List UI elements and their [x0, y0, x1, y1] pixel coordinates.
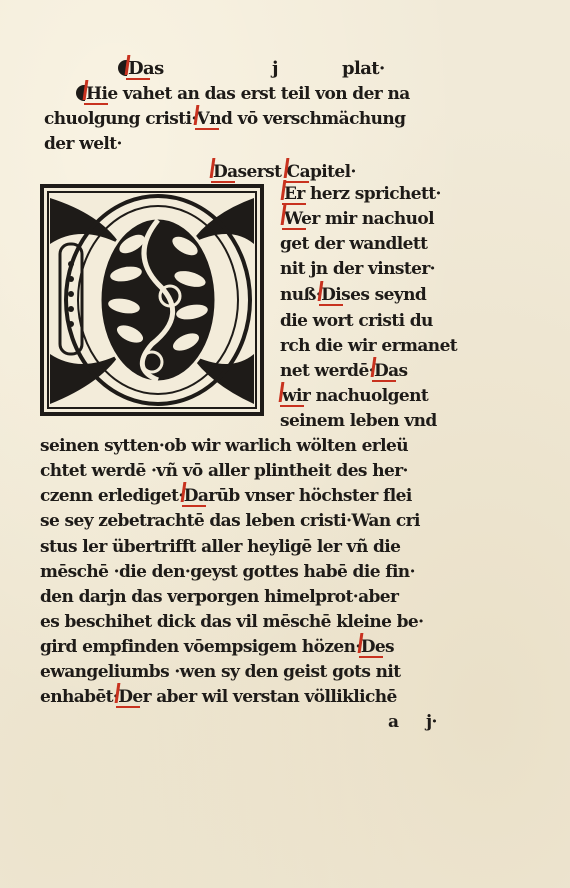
body-line-10: seinem leben vnd: [280, 409, 437, 433]
intro-line-1: Hie vahet an das erst teil von der na: [76, 82, 410, 106]
running-head-folio: j: [272, 57, 278, 81]
rubricated-text: Wer: [284, 207, 320, 231]
body-line-1: Er herz sprichett·: [284, 182, 441, 206]
rubricated-text: Darūb: [184, 484, 240, 508]
body-line-18: es beschihet dick das vil mēschē kleine …: [40, 610, 423, 634]
body-line-6: die wort cristi du: [280, 309, 433, 333]
body-line-2: Wer mir nachuol: [284, 207, 434, 231]
running-head-right: plat·: [342, 57, 385, 81]
running-head-left: Das: [118, 57, 164, 81]
body-line-14: se sey zebetrachtē das leben cristi·Wan …: [40, 509, 420, 533]
rubricated-text: Capitel·: [287, 160, 356, 184]
body-line-15: stus ler übertrifft aller heyligē ler vñ…: [40, 535, 400, 559]
rubricated-text: Der: [118, 685, 151, 709]
body-line-3: get der wandlett: [280, 232, 427, 256]
rubricated-letter: Das: [128, 57, 164, 81]
rubricated-text: Des: [361, 635, 394, 659]
body-line-13: czenn erlediget·Darūb vnser höchster fle…: [40, 484, 412, 508]
rubricated-text: wir: [282, 384, 310, 408]
rubricated-text: Er: [284, 182, 305, 206]
body-line-16: mēschē ·die den·geyst gottes habē die fi…: [40, 560, 415, 584]
rubricated-text: Dises: [321, 283, 369, 307]
body-line-20: ewangeliumbs ·wen sy den geist gots nit: [40, 660, 401, 684]
body-line-9: wir nachuolgent: [282, 384, 428, 408]
body-line-21: enhabēt·Der aber wil verstan völliklichē: [40, 685, 397, 709]
body-line-11: seinen sytten·ob wir warlich wölten erle…: [40, 434, 408, 458]
signature-mark-j: j·: [426, 710, 437, 734]
rubricated-text: Vnd: [197, 107, 233, 131]
signature-mark-a: a: [388, 710, 398, 734]
rubricated-text: Hie vahet an das erst teil von der na: [86, 82, 410, 106]
body-line-7: rch die wir ermanet: [280, 334, 457, 358]
body-line-12: chtet werdē ·vñ vō aller plintheit des h…: [40, 459, 408, 483]
body-line-4: nit jn der vinster·: [280, 257, 435, 281]
body-line-8: net werdē·Das: [280, 359, 408, 383]
body-line-5: nuß·Dises seynd: [280, 283, 426, 307]
intro-line-2: chuolgung cristi·Vnd vō verschmächung: [44, 107, 405, 131]
book-page: Das j plat· Hie vahet an das erst teil v…: [0, 0, 570, 888]
woodcut-initial-d-icon: [40, 184, 266, 418]
intro-line-3: der welt·: [44, 132, 122, 156]
rubricated-text: Das: [374, 359, 408, 383]
body-line-17: den darjn das verporgen himelprot·aber: [40, 585, 398, 609]
rubricated-text: Das: [213, 160, 247, 184]
body-line-19: gird empfinden vōempsigem hözen·Des: [40, 635, 394, 659]
